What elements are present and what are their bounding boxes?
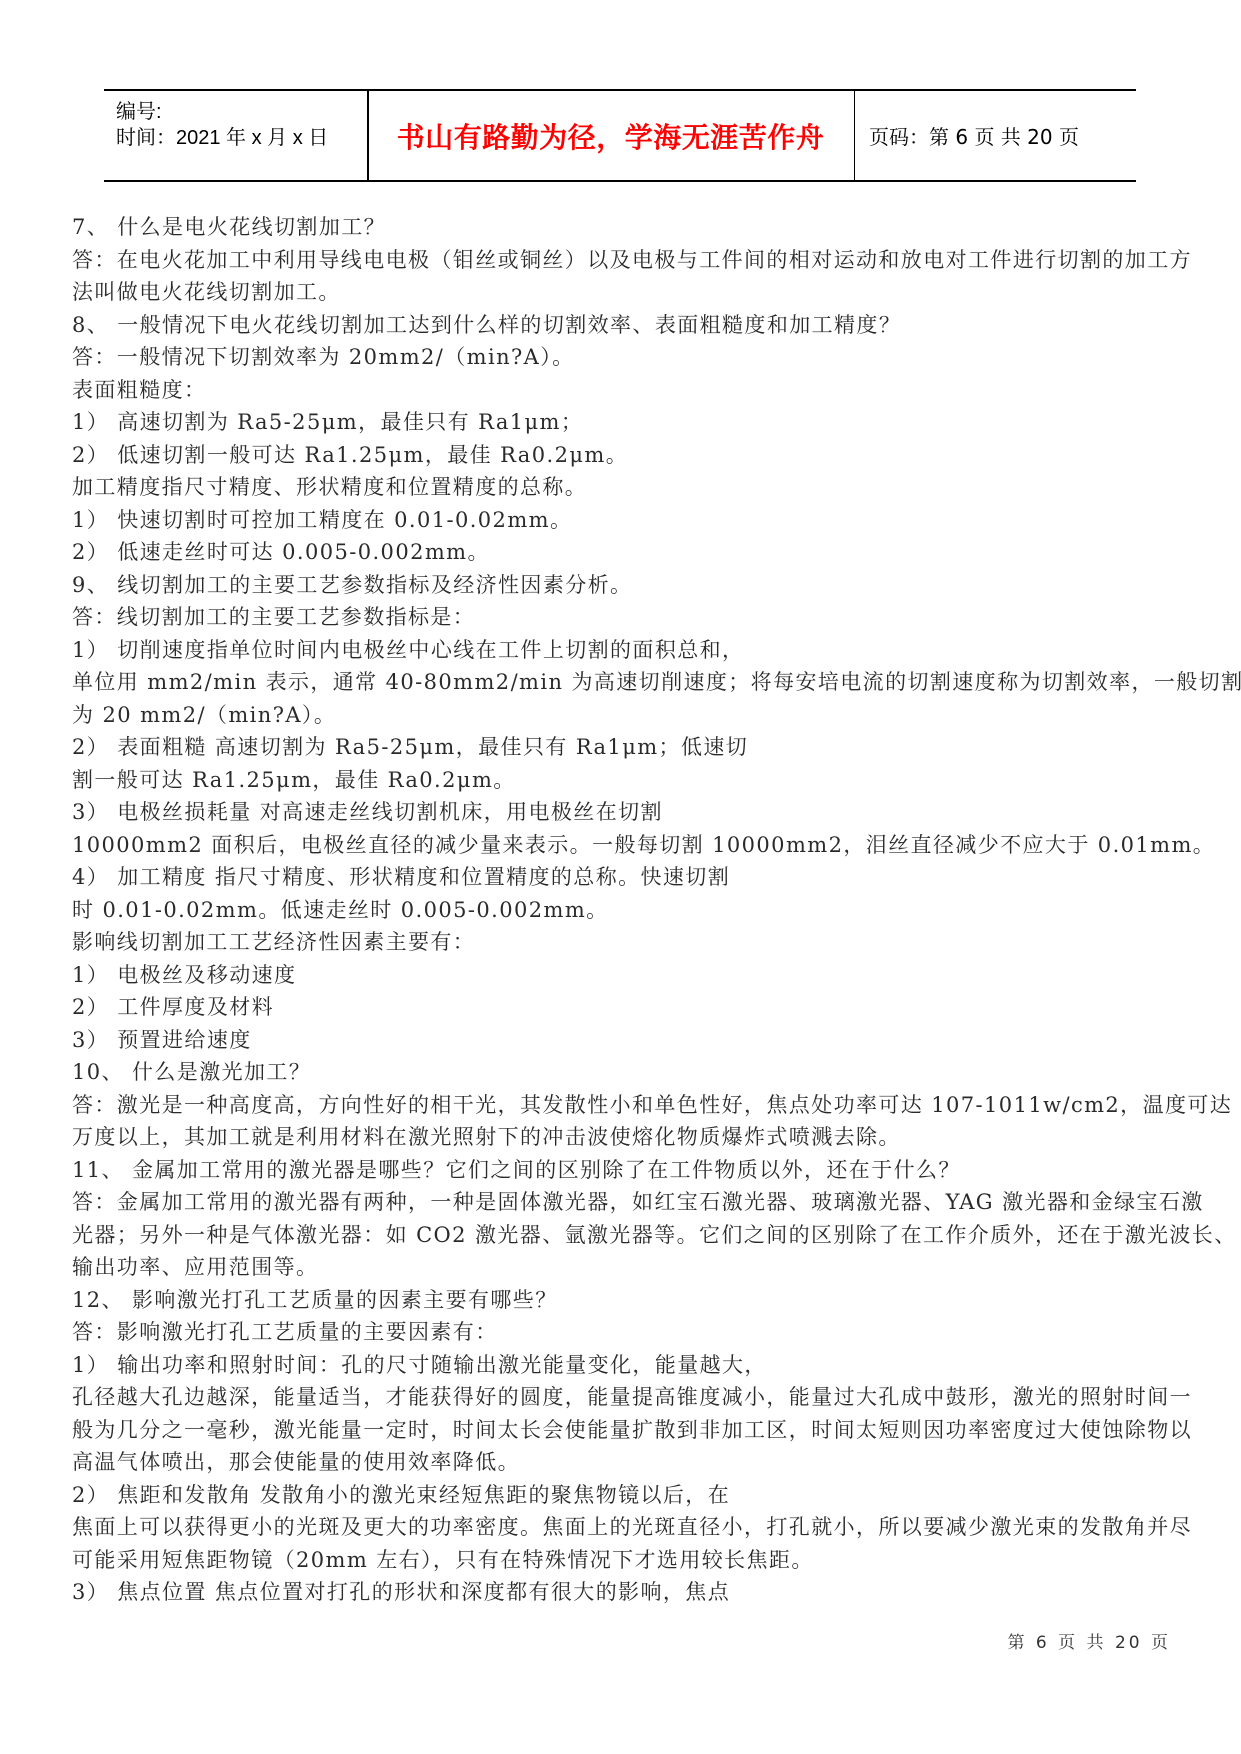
text-line: 高温气体喷出，那会使能量的使用效率降低。	[72, 1446, 1172, 1479]
text-line: 输出功率、应用范围等。	[72, 1251, 1172, 1284]
header-meta-cell: 编号: 时间：2021 年 x 月 x 日	[104, 91, 369, 180]
text-line: 7、 什么是电火花线切割加工？	[72, 211, 1172, 244]
text-line: 1） 快速切割时可控加工精度在 0.01-0.02mm。	[72, 504, 1172, 537]
document-date-label: 时间：2021 年 x 月 x 日	[116, 121, 328, 150]
document-number-label: 编号:	[116, 95, 162, 124]
text-line: 答：金属加工常用的激光器有两种，一种是固体激光器，如红宝石激光器、玻璃激光器、Y…	[72, 1186, 1172, 1219]
text-line: 8、 一般情况下电火花线切割加工达到什么样的切割效率、表面粗糙度和加工精度？	[72, 309, 1172, 342]
header-page-number: 页码：第 6 页 共 20 页	[869, 121, 1079, 150]
text-line: 时 0.01-0.02mm。低速走丝时 0.005-0.002mm。	[72, 894, 1172, 927]
text-line: 单位用 mm2/min 表示，通常 40-80mm2/min 为高速切削速度；将…	[72, 666, 1172, 699]
text-line: 答：在电火花加工中利用导线电电极（钼丝或铜丝）以及电极与工件间的相对运动和放电对…	[72, 244, 1172, 277]
text-line: 2） 表面粗糙 高速切割为 Ra5-25μm，最佳只有 Ra1μm；低速切	[72, 731, 1172, 764]
text-line: 12、 影响激光打孔工艺质量的因素主要有哪些？	[72, 1284, 1172, 1317]
text-line: 10000mm2 面积后，电极丝直径的减少量来表示。一般每切割 10000mm2…	[72, 829, 1172, 862]
text-line: 可能采用短焦距物镜（20mm 左右），只有在特殊情况下才选用较长焦距。	[72, 1544, 1172, 1577]
text-line: 为 20 mm2/（min?A）。	[72, 699, 1172, 732]
text-line: 9、 线切割加工的主要工艺参数指标及经济性因素分析。	[72, 569, 1172, 602]
text-line: 万度以上，其加工就是利用材料在激光照射下的冲击波使熔化物质爆炸式喷溅去除。	[72, 1121, 1172, 1154]
text-line: 11、 金属加工常用的激光器是哪些？它们之间的区别除了在工件物质以外，还在于什么…	[72, 1154, 1172, 1187]
document-body: 7、 什么是电火花线切割加工？答：在电火花加工中利用导线电电极（钼丝或铜丝）以及…	[72, 211, 1172, 1609]
text-line: 3） 电极丝损耗量 对高速走丝线切割机床，用电极丝在切割	[72, 796, 1172, 829]
text-line: 孔径越大孔边越深，能量适当，才能获得好的圆度，能量提高锥度减小，能量过大孔成中鼓…	[72, 1381, 1172, 1414]
text-line: 法叫做电火花线切割加工。	[72, 276, 1172, 309]
text-line: 1） 电极丝及移动速度	[72, 959, 1172, 992]
header-motto: 书山有路勤为径，学海无涯苦作舟	[397, 116, 825, 156]
text-line: 答：一般情况下切割效率为 20mm2/（min?A）。	[72, 341, 1172, 374]
text-line: 2） 工件厚度及材料	[72, 991, 1172, 1024]
text-line: 答：线切割加工的主要工艺参数指标是：	[72, 601, 1172, 634]
text-line: 焦面上可以获得更小的光斑及更大的功率密度。焦面上的光斑直径小，打孔就小，所以要减…	[72, 1511, 1172, 1544]
text-line: 1） 输出功率和照射时间：孔的尺寸随输出激光能量变化，能量越大，	[72, 1349, 1172, 1382]
text-line: 表面粗糙度：	[72, 374, 1172, 407]
text-line: 影响线切割加工工艺经济性因素主要有：	[72, 926, 1172, 959]
text-line: 光器；另外一种是气体激光器：如 CO2 激光器、氩激光器等。它们之间的区别除了在…	[72, 1219, 1172, 1252]
text-line: 答：影响激光打孔工艺质量的主要因素有：	[72, 1316, 1172, 1349]
text-line: 2） 低速切割一般可达 Ra1.25μm，最佳 Ra0.2μm。	[72, 439, 1172, 472]
text-line: 割一般可达 Ra1.25μm，最佳 Ra0.2μm。	[72, 764, 1172, 797]
page-header: 编号: 时间：2021 年 x 月 x 日 书山有路勤为径，学海无涯苦作舟 页码…	[104, 89, 1136, 182]
text-line: 3） 焦点位置 焦点位置对打孔的形状和深度都有很大的影响，焦点	[72, 1576, 1172, 1609]
text-line: 10、 什么是激光加工？	[72, 1056, 1172, 1089]
text-line: 般为几分之一毫秒，激光能量一定时，时间太长会使能量扩散到非加工区，时间太短则因功…	[72, 1414, 1172, 1447]
text-line: 答：激光是一种高度高，方向性好的相干光，其发散性小和单色性好，焦点处功率可达 1…	[72, 1089, 1172, 1122]
header-motto-cell: 书山有路勤为径，学海无涯苦作舟	[367, 91, 855, 180]
header-page-cell: 页码：第 6 页 共 20 页	[855, 91, 1136, 180]
page-footer: 第 6 页 共 20 页	[1008, 1628, 1171, 1653]
text-line: 1） 切削速度指单位时间内电极丝中心线在工件上切割的面积总和，	[72, 634, 1172, 667]
text-line: 2） 焦距和发散角 发散角小的激光束经短焦距的聚焦物镜以后，在	[72, 1479, 1172, 1512]
text-line: 4） 加工精度 指尺寸精度、形状精度和位置精度的总称。快速切割	[72, 861, 1172, 894]
text-line: 加工精度指尺寸精度、形状精度和位置精度的总称。	[72, 471, 1172, 504]
text-line: 3） 预置进给速度	[72, 1024, 1172, 1057]
text-line: 1） 高速切割为 Ra5-25μm，最佳只有 Ra1μm；	[72, 406, 1172, 439]
text-line: 2） 低速走丝时可达 0.005-0.002mm。	[72, 536, 1172, 569]
